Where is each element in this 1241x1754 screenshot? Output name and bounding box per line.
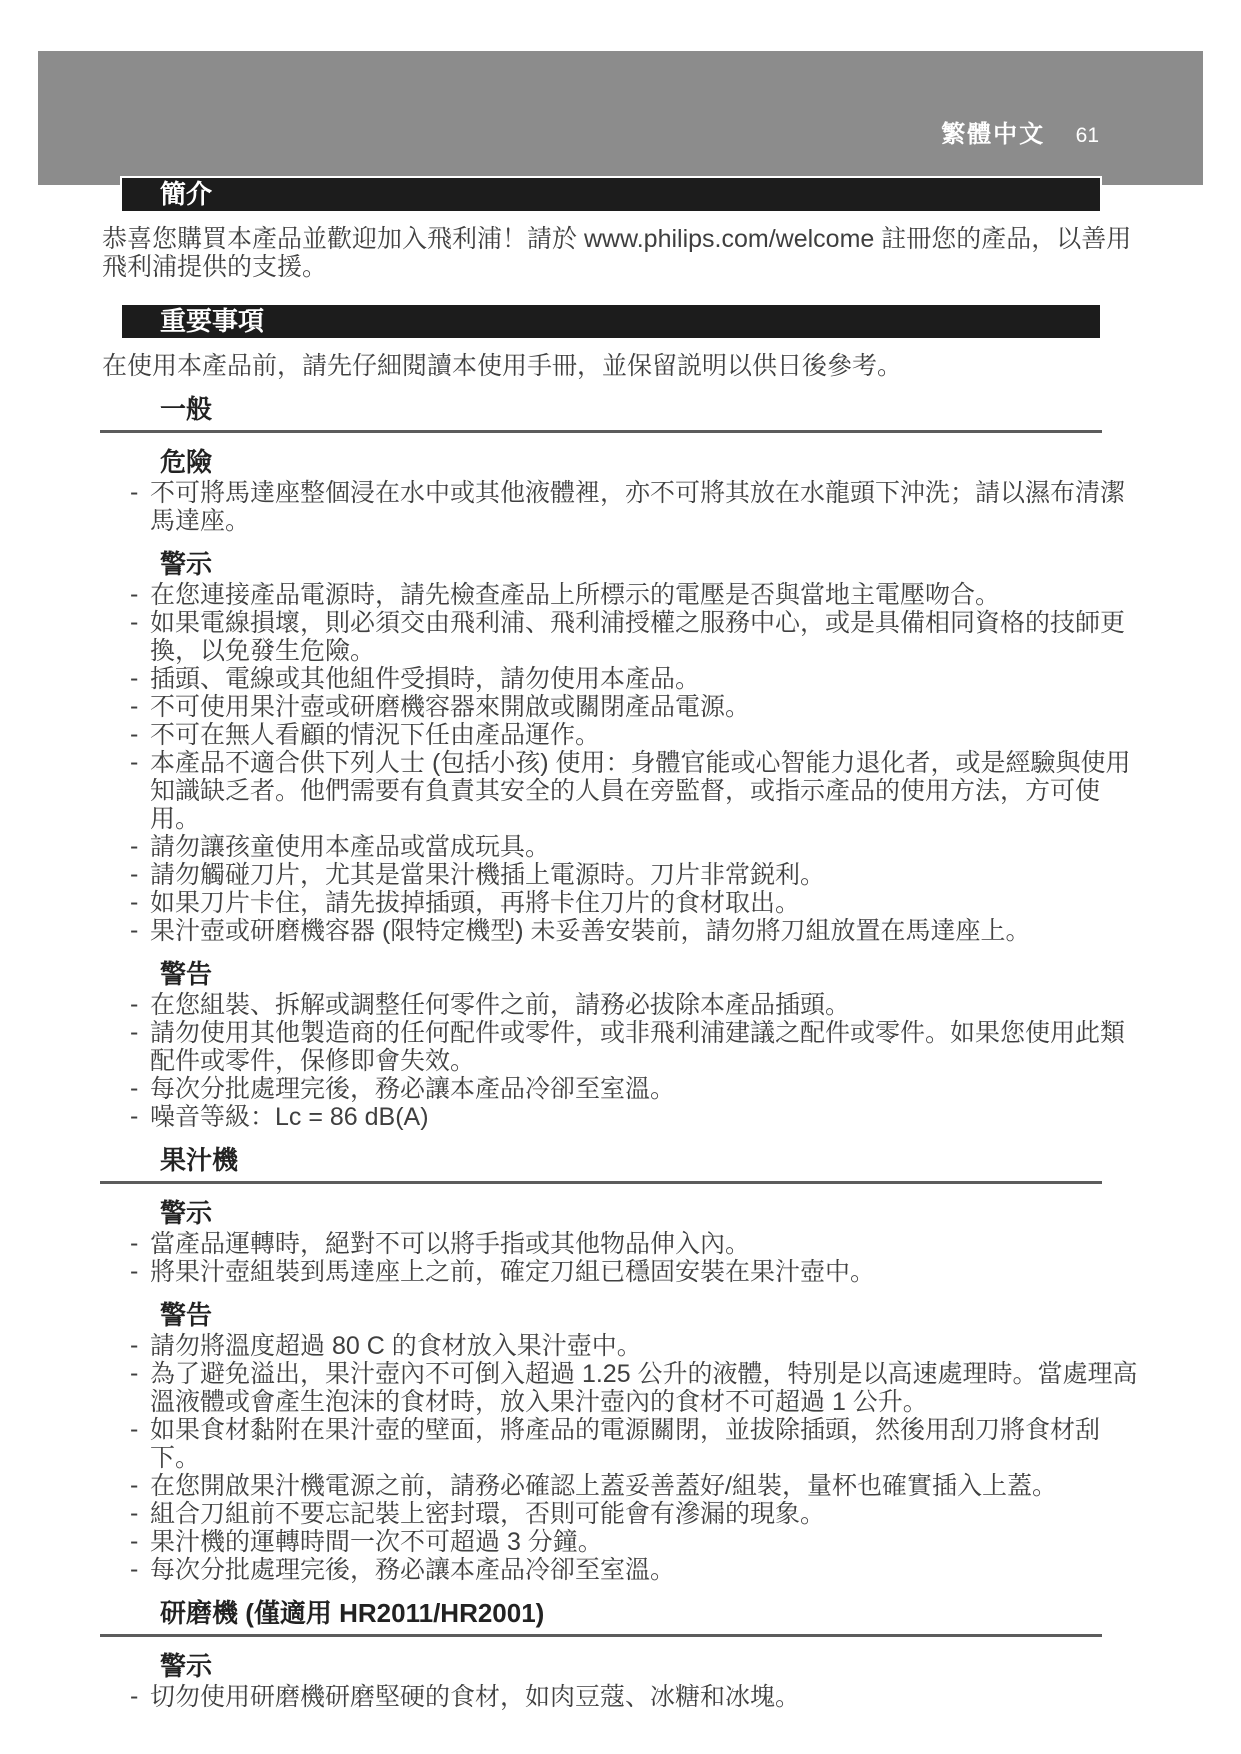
general-danger-list: 不可將馬達座整個浸在水中或其他液體裡，亦不可將其放在水龍頭下沖洗；請以濕布清潔馬…: [102, 479, 1138, 535]
list-item: 請勿使用其他製造商的任何配件或零件，或非飛利浦建議之配件或零件。如果您使用此類配…: [102, 1019, 1138, 1075]
manual-page: 繁體中文 61 簡介 恭喜您購買本產品並歡迎加入飛利浦！請於 www.phili…: [0, 51, 1241, 1711]
subsection-general-rule: [100, 430, 1102, 433]
list-item: 當產品運轉時，絕對不可以將手指或其他物品伸入內。: [102, 1230, 1138, 1258]
page-number: 61: [1076, 124, 1099, 147]
blender-warning-heading: 警告: [160, 1300, 1138, 1330]
general-warning-heading: 警告: [160, 959, 1138, 989]
page-header-text: 繁體中文 61: [941, 114, 1099, 149]
mill-caution-heading: 警示: [160, 1651, 1138, 1681]
section-bar-intro: 簡介: [120, 176, 1102, 213]
intro-paragraph: 恭喜您購買本產品並歡迎加入飛利浦！請於 www.philips.com/welc…: [102, 225, 1138, 281]
language-label: 繁體中文: [941, 121, 1045, 148]
general-caution-heading: 警示: [160, 549, 1138, 579]
subsection-mill-rule: [100, 1634, 1102, 1637]
list-item: 如果刀片卡住，請先拔掉插頭，再將卡住刀片的食材取出。: [102, 889, 1138, 917]
general-danger-heading: 危險: [160, 447, 1138, 477]
blender-warning-list: 請勿將溫度超過 80 C 的食材放入果汁壺中。為了避免溢出，果汁壺內不可倒入超過…: [102, 1332, 1138, 1584]
list-item: 在您連接產品電源時，請先檢查產品上所標示的電壓是否與當地主電壓吻合。: [102, 581, 1138, 609]
list-item: 將果汁壺組裝到馬達座上之前，確定刀組已穩固安裝在果汁壺中。: [102, 1258, 1138, 1286]
list-item: 請勿讓孩童使用本產品或當成玩具。: [102, 833, 1138, 861]
section-bar-important-title: 重要事項: [160, 306, 264, 336]
section-bar-intro-title: 簡介: [160, 179, 212, 209]
mill-caution-list: 切勿使用研磨機研磨堅硬的食材，如肉豆蔻、冰糖和冰塊。: [102, 1683, 1138, 1711]
list-item: 在您組裝、拆解或調整任何零件之前，請務必拔除本產品插頭。: [102, 991, 1138, 1019]
list-item: 不可將馬達座整個浸在水中或其他液體裡，亦不可將其放在水龍頭下沖洗；請以濕布清潔馬…: [102, 479, 1138, 535]
list-item: 每次分批處理完後，務必讓本產品冷卻至室溫。: [102, 1556, 1138, 1584]
blender-caution-list: 當產品運轉時，絕對不可以將手指或其他物品伸入內。將果汁壺組裝到馬達座上之前，確定…: [102, 1230, 1138, 1286]
list-item: 請勿觸碰刀片，尤其是當果汁機插上電源時。刀片非常鋭利。: [102, 861, 1138, 889]
important-content: 在使用本產品前，請先仔細閱讀本使用手冊，並保留説明以供日後參考。 一般 危險 不…: [102, 352, 1138, 1711]
subsection-blender-rule: [100, 1181, 1102, 1184]
subsection-mill-title: 研磨機 (僅適用 HR2011/HR2001): [160, 1598, 1138, 1628]
list-item: 不可在無人看顧的情況下任由產品運作。: [102, 721, 1138, 749]
list-item: 在您開啟果汁機電源之前，請務必確認上蓋妥善蓋好/組裝，量杯也確實插入上蓋。: [102, 1472, 1138, 1500]
general-caution-list: 在您連接產品電源時，請先檢查產品上所標示的電壓是否與當地主電壓吻合。如果電線損壞…: [102, 581, 1138, 945]
list-item: 切勿使用研磨機研磨堅硬的食材，如肉豆蔻、冰糖和冰塊。: [102, 1683, 1138, 1711]
list-item: 為了避免溢出，果汁壺內不可倒入超過 1.25 公升的液體，特別是以高速處理時。當…: [102, 1360, 1138, 1416]
list-item: 不可使用果汁壺或研磨機容器來開啟或關閉產品電源。: [102, 693, 1138, 721]
page-header-band: 繁體中文 61: [38, 51, 1203, 185]
list-item: 插頭、電線或其他組件受損時，請勿使用本產品。: [102, 665, 1138, 693]
list-item: 果汁壺或研磨機容器 (限特定機型) 未妥善安裝前，請勿將刀組放置在馬達座上。: [102, 917, 1138, 945]
list-item: 每次分批處理完後，務必讓本產品冷卻至室溫。: [102, 1075, 1138, 1103]
list-item: 本產品不適合供下列人士 (包括小孩) 使用：身體官能或心智能力退化者，或是經驗與…: [102, 749, 1138, 833]
list-item: 請勿將溫度超過 80 C 的食材放入果汁壺中。: [102, 1332, 1138, 1360]
subsection-blender-title: 果汁機: [160, 1145, 1138, 1175]
subsection-general-title: 一般: [160, 394, 1138, 424]
list-item: 如果食材黏附在果汁壺的壁面，將產品的電源關閉，並拔除插頭，然後用刮刀將食材刮下。: [102, 1416, 1138, 1472]
content-area: 恭喜您購買本產品並歡迎加入飛利浦！請於 www.philips.com/welc…: [102, 225, 1138, 281]
important-lead-paragraph: 在使用本產品前，請先仔細閱讀本使用手冊，並保留説明以供日後參考。: [102, 352, 1138, 380]
list-item: 組合刀組前不要忘記裝上密封環，否則可能會有滲漏的現象。: [102, 1500, 1138, 1528]
list-item: 如果電線損壞，則必須交由飛利浦、飛利浦授權之服務中心，或是具備相同資格的技師更換…: [102, 609, 1138, 665]
section-bar-important: 重要事項: [120, 303, 1102, 340]
general-warning-list: 在您組裝、拆解或調整任何零件之前，請務必拔除本產品插頭。請勿使用其他製造商的任何…: [102, 991, 1138, 1131]
list-item: 果汁機的運轉時間一次不可超過 3 分鐘。: [102, 1528, 1138, 1556]
blender-caution-heading: 警示: [160, 1198, 1138, 1228]
list-item: 噪音等級：Lc = 86 dB(A): [102, 1103, 1138, 1131]
